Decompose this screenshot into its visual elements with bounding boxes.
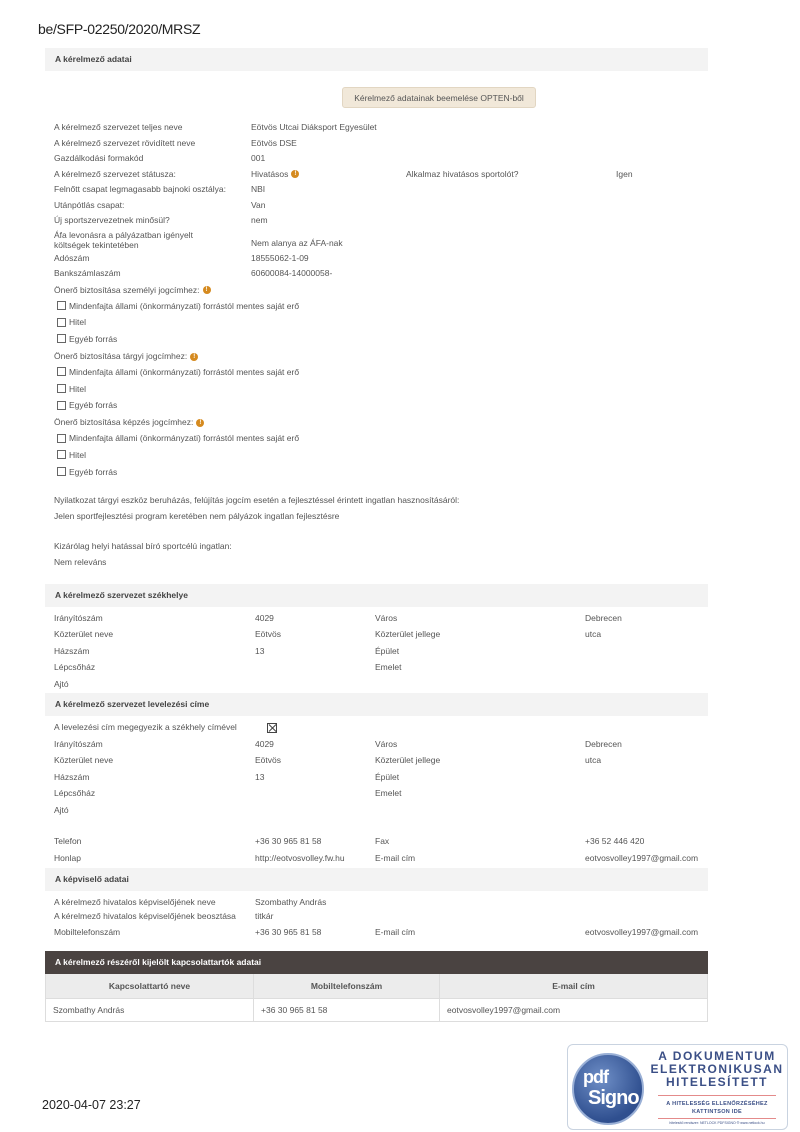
same-address-checkbox[interactable] bbox=[267, 723, 277, 733]
field-row: Áfa levonásra a pályázatban igényeltkölt… bbox=[45, 229, 708, 251]
checkbox-own-funds-material-0[interactable]: Mindenfajta állami (önkormányzati) forrá… bbox=[45, 364, 708, 381]
contacts-section: A kérelmező részéről kijelölt kapcsolatt… bbox=[45, 951, 708, 1022]
info-icon[interactable]: ! bbox=[203, 286, 211, 294]
field-row: Gazdálkodási formakód001 bbox=[45, 151, 708, 167]
import-opten-button[interactable]: Kérelmező adatainak beemelése OPTEN-ből bbox=[342, 87, 536, 108]
checkbox-own-funds-material-2[interactable]: Egyéb forrás bbox=[45, 397, 708, 414]
applicant-fields: A kérelmező szervezet teljes neveEötvös … bbox=[45, 120, 708, 282]
own-funds-title: Önerő biztosítása személyi jogcímhez:! bbox=[45, 282, 708, 298]
checkbox-own-funds-training-2[interactable]: Egyéb forrás bbox=[45, 464, 708, 481]
seat-fields: Irányítószám4029VárosDebrecen Közterület… bbox=[45, 610, 708, 693]
document-id: be/SFP-02250/2020/MRSZ bbox=[38, 21, 200, 37]
column-header: E-mail cím bbox=[440, 974, 708, 998]
info-icon[interactable]: ! bbox=[190, 353, 198, 361]
representative-fields: A kérelmező hivatalos képviselőjének nev… bbox=[45, 895, 708, 941]
form-container: A kérelmező adatai Kérelmező adatainak b… bbox=[45, 48, 708, 1022]
checkbox[interactable] bbox=[57, 401, 66, 410]
section-header-contacts: A kérelmező részéről kijelölt kapcsolatt… bbox=[45, 951, 708, 974]
email-link[interactable]: eotvosvolley1997@gmail.com bbox=[585, 850, 698, 867]
checkbox-own-funds-training-0[interactable]: Mindenfajta állami (önkormányzati) forrá… bbox=[45, 430, 708, 447]
pdfsigno-seal[interactable]: pdf Signo A DOKUMENTUM ELEKTRONIKUSAN HI… bbox=[567, 1044, 788, 1130]
checkbox[interactable] bbox=[57, 450, 66, 459]
local-impact-label: Kizárólag helyi hatással bíró sportcélú … bbox=[45, 538, 708, 554]
checkbox[interactable] bbox=[57, 301, 66, 310]
own-funds-title: Önerő biztosítása tárgyi jogcímhez:! bbox=[45, 348, 708, 364]
info-icon[interactable]: ! bbox=[196, 419, 204, 427]
checkbox[interactable] bbox=[57, 334, 66, 343]
declaration-value: Jelen sportfejlesztési program keretében… bbox=[45, 508, 708, 524]
section-header-seat: A kérelmező szervezet székhelye bbox=[45, 584, 708, 607]
section-header-mailing: A kérelmező szervezet levelezési címe bbox=[45, 693, 708, 716]
own-funds-group: Önerő biztosítása személyi jogcímhez:! M… bbox=[45, 282, 708, 481]
section-header-applicant: A kérelmező adatai bbox=[45, 48, 708, 71]
checkbox[interactable] bbox=[57, 318, 66, 327]
field-row: Új sportszervezetnek minősül?nem bbox=[45, 213, 708, 229]
checkbox[interactable] bbox=[57, 434, 66, 443]
section-header-representative: A képviselő adatai bbox=[45, 868, 708, 891]
field-row: A kérelmező szervezet teljes neveEötvös … bbox=[45, 120, 708, 136]
email-link[interactable]: eotvosvolley1997@gmail.com bbox=[585, 923, 698, 941]
website-link[interactable]: http://eotvosvolley.fw.hu bbox=[255, 850, 345, 867]
column-header: Kapcsolattartó neve bbox=[46, 974, 254, 998]
divider bbox=[658, 1095, 776, 1096]
mailing-fields: A levelezési cím megegyezik a székhely c… bbox=[45, 719, 708, 866]
checkbox-own-funds-training-1[interactable]: Hitel bbox=[45, 447, 708, 464]
field-row: Bankszámlaszám60600084-14000058- bbox=[45, 266, 708, 282]
field-row: Adószám18555062-1-09 bbox=[45, 251, 708, 267]
table-row: Szombathy András +36 30 965 81 58 eotvos… bbox=[46, 998, 708, 1021]
footer-timestamp: 2020-04-07 23:27 bbox=[42, 1098, 141, 1112]
checkbox[interactable] bbox=[57, 384, 66, 393]
checkbox[interactable] bbox=[57, 367, 66, 376]
checkbox[interactable] bbox=[57, 467, 66, 476]
field-row: A kérelmező szervezet státusza: Hivatáso… bbox=[45, 167, 708, 183]
column-header: Mobiltelefonszám bbox=[254, 974, 440, 998]
pdfsigno-logo: pdf Signo bbox=[572, 1053, 644, 1125]
own-funds-title: Önerő biztosítása képzés jogcímhez:! bbox=[45, 414, 708, 430]
declaration-label: Nyilatkozat tárgyi eszköz beruházás, fel… bbox=[45, 492, 708, 508]
checkbox-own-funds-material-1[interactable]: Hitel bbox=[45, 381, 708, 398]
info-icon[interactable]: ! bbox=[291, 170, 299, 178]
checkbox-own-funds-personal-0[interactable]: Mindenfajta állami (önkormányzati) forrá… bbox=[45, 298, 708, 315]
divider bbox=[658, 1118, 776, 1119]
contacts-table: Kapcsolattartó neve Mobiltelefonszám E-m… bbox=[45, 974, 708, 1022]
field-row: Felnőtt csapat legmagasabb bajnoki osztá… bbox=[45, 182, 708, 198]
local-impact-value: Nem releváns bbox=[45, 554, 708, 570]
field-row: A kérelmező szervezet rövidített neveEöt… bbox=[45, 136, 708, 152]
checkbox-own-funds-personal-1[interactable]: Hitel bbox=[45, 314, 708, 331]
checkbox-own-funds-personal-2[interactable]: Egyéb forrás bbox=[45, 331, 708, 348]
field-row: Utánpótlás csapat:Van bbox=[45, 198, 708, 214]
